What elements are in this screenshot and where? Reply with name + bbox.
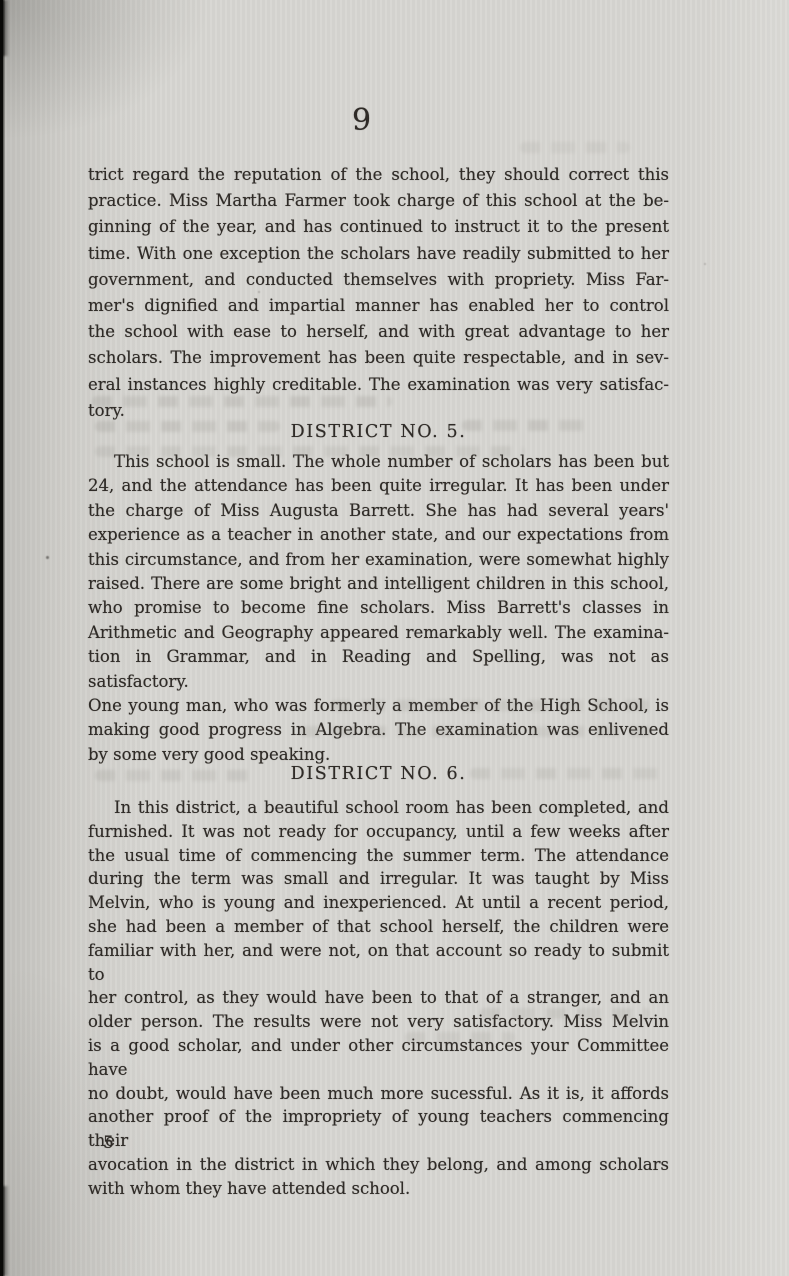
text-line: mer's dignified and impartial manner has… [88,293,669,319]
text-line: experience as a teacher in another state… [88,523,669,547]
text-line: making good progress in Algebra. The exa… [88,718,669,742]
text-line: avocation in the district in which they … [88,1153,669,1177]
text-line: time. With one exception the scholars ha… [88,241,669,267]
text-line: ginning of the year, and has continued t… [88,214,669,240]
scan-edge-left [0,0,5,1276]
text-line: the school with ease to herself, and wit… [88,319,669,345]
text-line: Arithmetic and Geography appeared remark… [88,621,669,645]
scan-edge-corner-bottom [0,1186,9,1276]
text-line: In this district, a beautiful school roo… [88,796,669,820]
text-line: she had been a member of that school her… [88,915,669,939]
district-heading: DISTRICT NO. 5. [88,420,669,444]
paper-speck [46,556,49,559]
scan-edge-corner-top [0,0,9,56]
text-line: practice. Miss Martha Farmer took charge… [88,188,669,214]
scanned-book-page: 9 trict regard the reputation of the sch… [0,0,789,1276]
text-line: who promise to become fine scholars. Mis… [88,596,669,620]
paragraph: trict regard the reputation of the schoo… [88,162,669,424]
text-line: older person. The results were not very … [88,1010,669,1034]
text-line: One young man, who was formerly a member… [88,694,669,718]
text-line: raised. There are some bright and intell… [88,572,669,596]
district-heading: DISTRICT NO. 6. [88,762,669,786]
text-line: the charge of Miss Augusta Barrett. She … [88,499,669,523]
text-line: another proof of the impropriety of youn… [88,1105,669,1153]
text-line: Melvin, who is young and inexperienced. … [88,891,669,915]
text-line: trict regard the reputation of the schoo… [88,162,669,188]
text-line: government, and conducted themselves wit… [88,267,669,293]
text-line: no doubt, would have been much more suce… [88,1082,669,1106]
text-line: tion in Grammar, and in Reading and Spel… [88,645,669,694]
text-line: with whom they have attended school. [88,1177,669,1201]
paper-speck [704,263,706,265]
text-line: This school is small. The whole number o… [88,450,669,474]
signature-mark: 5 [103,1133,114,1153]
paragraph: In this district, a beautiful school roo… [88,796,669,1201]
text-line: is a good scholar, and under other circu… [88,1034,669,1082]
text-line: furnished. It was not ready for occupanc… [88,820,669,844]
text-line: 24, and the attendance has been quite ir… [88,474,669,498]
paragraph: This school is small. The whole number o… [88,450,669,767]
text-line: eral instances highly creditable. The ex… [88,372,669,398]
paper-speck [258,291,260,293]
text-column: trict regard the reputation of the schoo… [88,0,669,1276]
text-line: her control, as they would have been to … [88,986,669,1010]
text-line: scholars. The improvement has been quite… [88,345,669,371]
text-line: familiar with her, and were not, on that… [88,939,669,987]
text-line: during the term was small and irregular.… [88,867,669,891]
text-line: the usual time of commencing the summer … [88,844,669,868]
text-line: this circumstance, and from her examinat… [88,548,669,572]
